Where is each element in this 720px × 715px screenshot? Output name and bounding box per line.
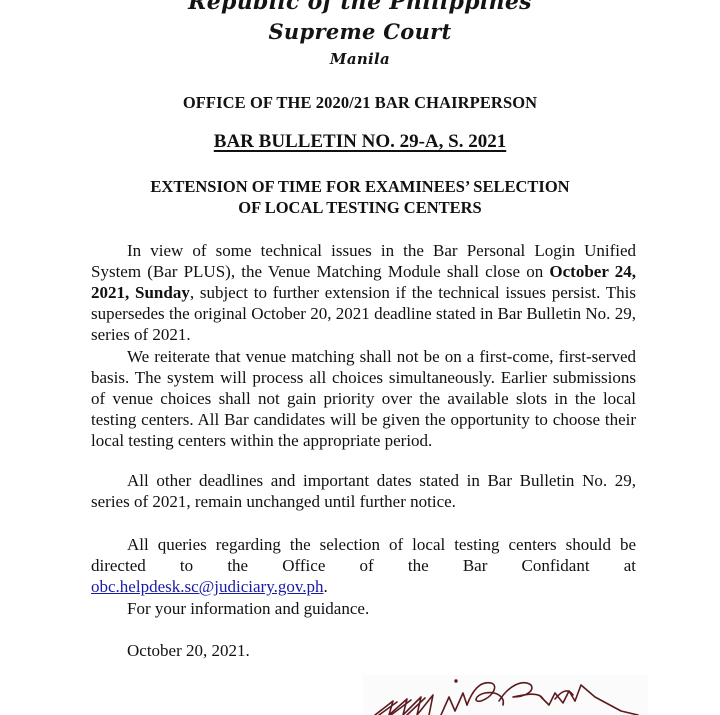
bulletin-title: BAR BULLETIN NO. 29-A, S. 2021 [0, 131, 720, 153]
paragraph-guidance: For your information and guidance. [127, 598, 527, 619]
helpdesk-email-link[interactable]: obc.helpdesk.sc@judiciary.gov.ph [91, 577, 324, 596]
letterhead-court: Supreme Court [0, 19, 720, 44]
office-heading: OFFICE OF THE 2020/21 BAR CHAIRPERSON [0, 93, 720, 113]
p3-text: All other deadlines and important dates … [91, 471, 636, 511]
letterhead-city: Manila [0, 50, 720, 68]
subject-line-1: EXTENSION OF TIME FOR EXAMINEES’ SELECTI… [0, 176, 720, 197]
subject-heading: EXTENSION OF TIME FOR EXAMINEES’ SELECTI… [0, 176, 720, 218]
document-page: Republic of the Philippines Supreme Cour… [0, 0, 720, 715]
handwritten-signature-icon [363, 675, 648, 715]
p4-text: All queries regarding the selection of l… [91, 535, 636, 575]
document-date: October 20, 2021. [127, 640, 527, 661]
paragraph-queries: All queries regarding the selection of l… [91, 534, 636, 597]
bulletin-title-text: BAR BULLETIN NO. 29-A, S. 2021 [214, 131, 506, 152]
paragraph-deadline-extension: In view of some technical issues in the … [91, 240, 636, 345]
subject-line-2: OF LOCAL TESTING CENTERS [0, 197, 720, 218]
p4-text-end: . [324, 577, 328, 596]
paragraph-venue-matching: We reiterate that venue matching shall n… [91, 346, 636, 451]
signature-image [363, 675, 648, 715]
p2-text: We reiterate that venue matching shall n… [91, 347, 636, 450]
paragraph-other-deadlines: All other deadlines and important dates … [91, 470, 636, 512]
letterhead-republic: Republic of the Philippines [0, 0, 720, 15]
